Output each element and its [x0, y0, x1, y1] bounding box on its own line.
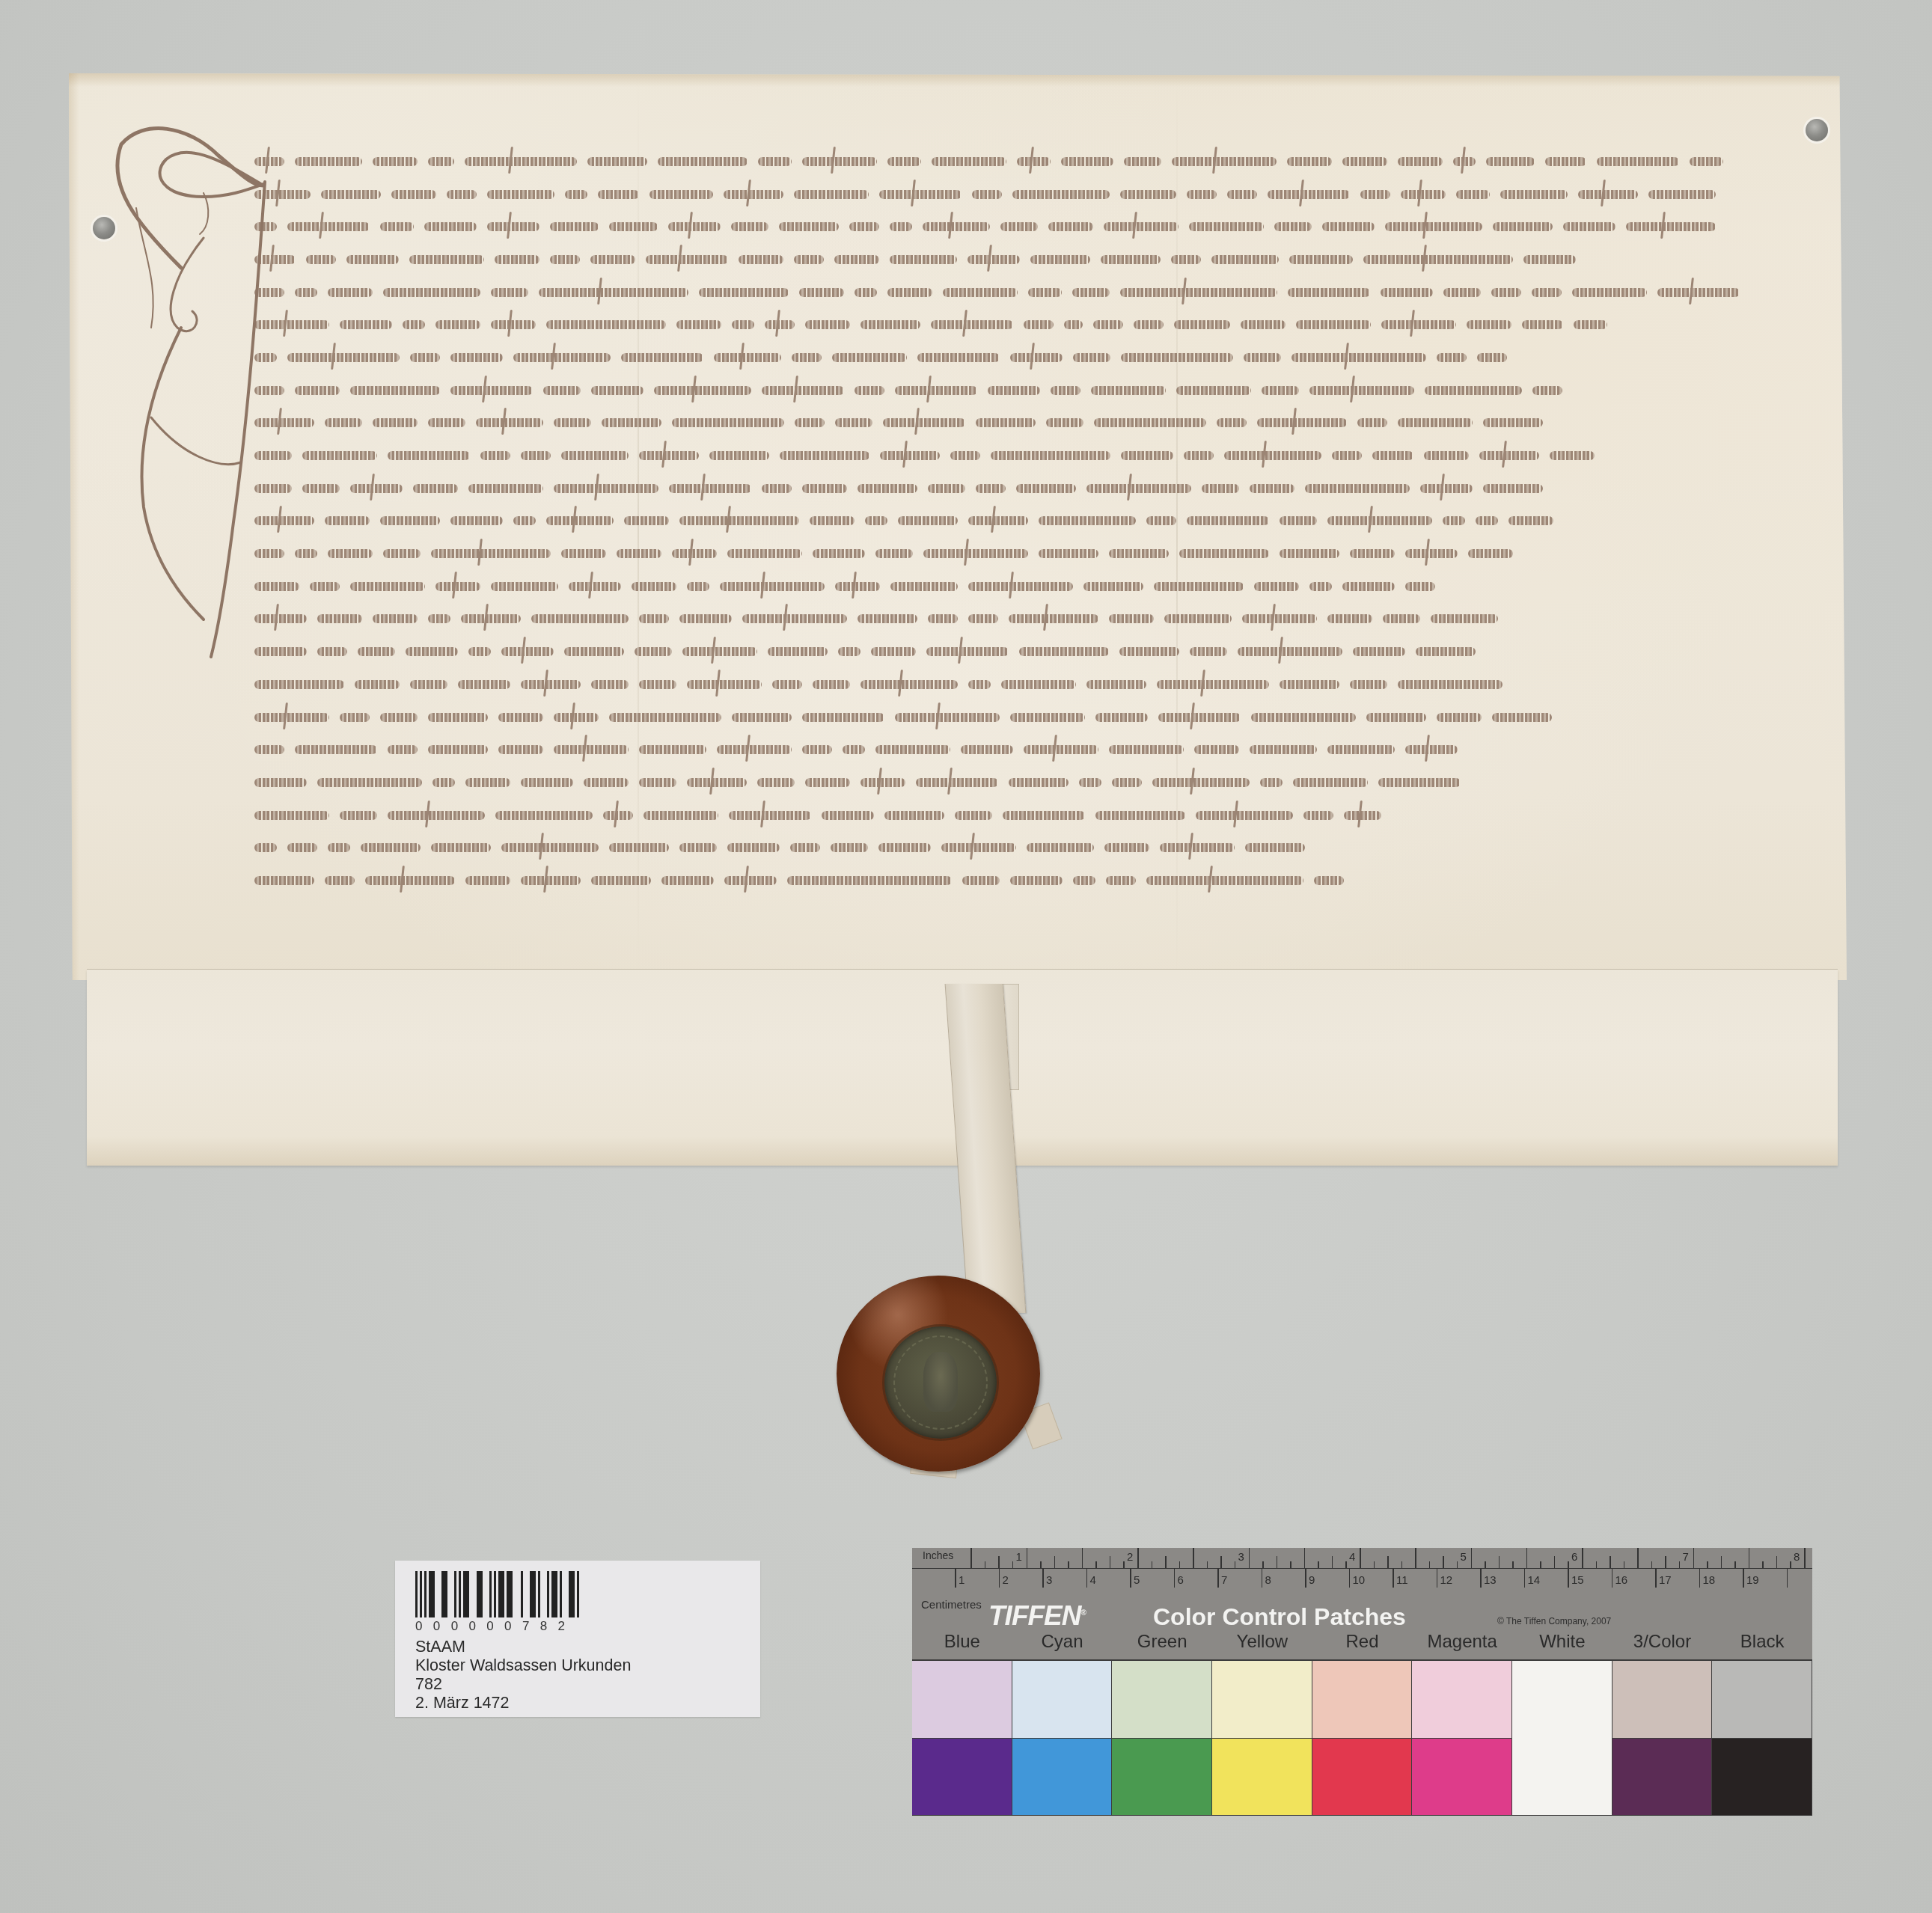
collection-name: Kloster Waldsassen Urkunden: [415, 1656, 631, 1675]
text-line: [254, 732, 1826, 765]
barcode-digit: 0: [468, 1619, 475, 1634]
archive-name: StAAM: [415, 1638, 631, 1656]
document-number: 782: [415, 1675, 631, 1694]
patch-white-light: [1512, 1661, 1612, 1816]
patch-name: Black: [1712, 1632, 1812, 1657]
label-text: StAAM Kloster Waldsassen Urkunden 782 2.…: [415, 1638, 631, 1712]
patch-3-color-light: [1612, 1661, 1713, 1739]
patch-red-light: [1312, 1661, 1413, 1739]
barcode-digit: 7: [522, 1619, 529, 1634]
patch-yellow-dark: [1212, 1739, 1312, 1816]
cm-tick-label: 7: [1221, 1574, 1227, 1587]
text-line: [254, 340, 1826, 373]
barcode-digit: 0: [415, 1619, 422, 1634]
patch-name: Blue: [912, 1632, 1012, 1657]
seal-figure-icon: [923, 1352, 958, 1412]
patch-blue-light: [912, 1661, 1012, 1739]
color-patches: [912, 1659, 1812, 1816]
patch-3-color-dark: [1612, 1739, 1713, 1816]
patch-black-dark: [1712, 1739, 1812, 1816]
patch-cyan-dark: [1012, 1739, 1113, 1816]
text-line: [254, 471, 1826, 503]
cm-tick-label: 5: [1134, 1574, 1140, 1587]
text-line: [254, 634, 1826, 667]
cm-tick-label: 9: [1309, 1574, 1315, 1587]
patch-name-row: Blue Cyan Green Yellow Red Magenta White…: [912, 1632, 1812, 1657]
wax-seal: [837, 1276, 1040, 1472]
text-line: [254, 144, 1826, 177]
patch-name: 3/Color: [1612, 1632, 1713, 1657]
text-line: [254, 536, 1826, 569]
text-line: [254, 405, 1826, 438]
patch-yellow-light: [1212, 1661, 1312, 1739]
cm-tick-label: 13: [1484, 1574, 1497, 1587]
cm-tick-label: 2: [1003, 1574, 1009, 1587]
inch-tick-label: 2: [1127, 1551, 1133, 1564]
cm-tick-label: 12: [1440, 1574, 1453, 1587]
text-line: [254, 569, 1826, 602]
text-line: [254, 307, 1826, 340]
patch-magenta-light: [1412, 1661, 1512, 1739]
barcode-digit: 0: [451, 1619, 458, 1634]
cm-tick-label: 15: [1571, 1574, 1584, 1587]
inches-label: Inches: [923, 1549, 953, 1561]
text-line: [254, 373, 1826, 405]
text-line: [254, 830, 1826, 863]
barcode-digit: 0: [504, 1619, 511, 1634]
patch-magenta-dark: [1412, 1739, 1512, 1816]
inch-tick-label: 8: [1794, 1551, 1800, 1564]
cm-tick-label: 11: [1396, 1574, 1408, 1587]
cm-tick-label: 6: [1178, 1574, 1184, 1587]
patch-name: Red: [1312, 1632, 1413, 1657]
cm-tick-label: 16: [1615, 1574, 1628, 1587]
cm-tick-label: 17: [1659, 1574, 1672, 1587]
mounting-hole-right: [1806, 119, 1828, 141]
text-line: [254, 275, 1826, 307]
text-line: [254, 242, 1826, 275]
chart-title: Color Control Patches: [1153, 1603, 1406, 1631]
chart-header: Inches 12345678 123456789101112131415161…: [912, 1548, 1812, 1659]
cm-tick-label: 14: [1528, 1574, 1541, 1587]
patch-name: Cyan: [1012, 1632, 1113, 1657]
barcode-digit: 0: [433, 1619, 440, 1634]
inch-tick-label: 5: [1461, 1551, 1467, 1564]
patch-red-dark: [1312, 1739, 1413, 1816]
cm-tick-label: 10: [1353, 1574, 1366, 1587]
text-line: [254, 667, 1826, 700]
patch-name: Magenta: [1412, 1632, 1512, 1657]
text-line: [254, 503, 1826, 536]
tiffen-logo: TIFFEN®: [988, 1600, 1086, 1632]
text-line: [254, 177, 1826, 209]
text-line: [254, 798, 1826, 830]
barcode-icon: [415, 1571, 579, 1617]
cm-tick-label: 8: [1265, 1574, 1271, 1587]
patch-black-light: [1712, 1661, 1812, 1739]
barcode-digit: 0: [486, 1619, 493, 1634]
inch-tick-label: 4: [1349, 1551, 1355, 1564]
archive-label: 0 0 0 0 0 0 7 8 2 StAAM Kloster Waldsass…: [395, 1561, 760, 1717]
text-line: [254, 863, 1826, 896]
patch-name: White: [1512, 1632, 1612, 1657]
barcode-digit: 2: [558, 1619, 565, 1634]
cm-tick-label: 1: [959, 1574, 965, 1587]
text-line: [254, 209, 1826, 242]
patch-cyan-light: [1012, 1661, 1113, 1739]
inch-ruler: Inches 12345678: [912, 1548, 1812, 1569]
patch-green-dark: [1112, 1739, 1212, 1816]
text-line: [254, 438, 1826, 471]
color-control-chart: Inches 12345678 123456789101112131415161…: [912, 1548, 1812, 1814]
text-line: [254, 602, 1826, 634]
cm-tick-label: 18: [1703, 1574, 1716, 1587]
parchment-charter: [69, 73, 1847, 980]
copyright-text: © The Tiffen Company, 2007: [1497, 1616, 1611, 1626]
centimetre-ruler: 12345678910111213141516171819: [912, 1568, 1812, 1591]
cm-tick-label: 4: [1090, 1574, 1096, 1587]
inch-tick-label: 1: [1016, 1551, 1022, 1564]
charter-text: [254, 144, 1826, 896]
text-line: [254, 700, 1826, 732]
barcode-digit: 8: [540, 1619, 547, 1634]
cm-tick-label: 3: [1046, 1574, 1052, 1587]
seal-impression-icon: [884, 1326, 997, 1439]
patch-green-light: [1112, 1661, 1212, 1739]
inch-tick-label: 6: [1571, 1551, 1577, 1564]
document-date: 2. März 1472: [415, 1694, 631, 1712]
inch-tick-label: 3: [1238, 1551, 1244, 1564]
text-line: [254, 765, 1826, 798]
cm-tick-label: 19: [1746, 1574, 1759, 1587]
inch-tick-label: 7: [1683, 1551, 1689, 1564]
patch-blue-dark: [912, 1739, 1012, 1816]
barcode-number: 0 0 0 0 0 0 7 8 2: [415, 1619, 565, 1634]
patch-name: Green: [1112, 1632, 1212, 1657]
patch-name: Yellow: [1212, 1632, 1312, 1657]
centimetres-label: Centimetres: [921, 1599, 982, 1611]
